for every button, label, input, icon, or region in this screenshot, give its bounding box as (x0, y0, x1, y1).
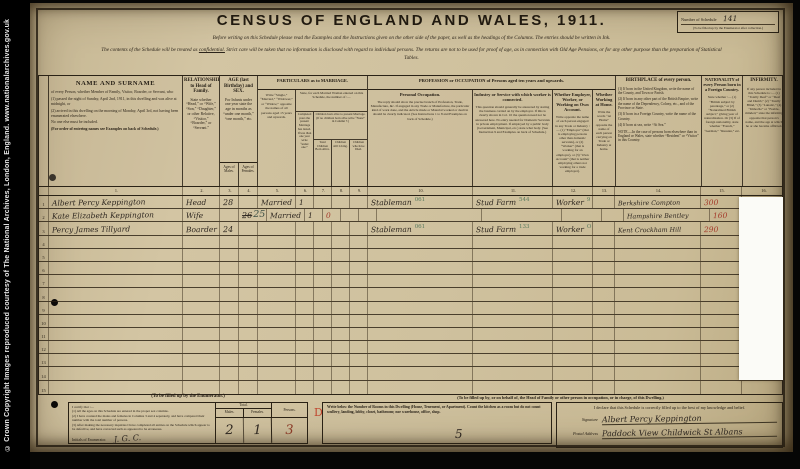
cell-age-female (239, 236, 258, 248)
cell-occupation (368, 288, 473, 300)
table-row: 12 (39, 341, 782, 354)
initials-label: Initials of Enumerator. (72, 438, 106, 443)
cell-name (49, 236, 183, 248)
table-row: 11 (39, 328, 782, 341)
table-row: 14 (39, 367, 782, 380)
cell-years-married (296, 302, 314, 314)
column-number: 4. (239, 187, 258, 195)
cell-marital-status (258, 354, 296, 366)
cell-name: Percy James Tillyard (49, 222, 183, 234)
cell-occupation (368, 381, 473, 394)
cell-occupation (368, 354, 473, 366)
declaration-statement: I declare that this Schedule is correctl… (562, 405, 777, 410)
cell-at-home (593, 381, 615, 394)
header-years-married: Completed years the present Marriage has… (296, 112, 314, 186)
cell-marital-status (258, 381, 296, 394)
header-marital-status: Write “Single,” “Married,” “Widower,” or… (258, 90, 296, 186)
cell-children-living (332, 315, 350, 327)
cell-at-home (593, 196, 615, 208)
cell-marital-status (258, 288, 296, 300)
cell-industry (482, 209, 562, 221)
column-number: 11. (473, 187, 553, 195)
cell-at-home (593, 288, 615, 300)
cell-age-male (220, 328, 239, 340)
cell-name (49, 315, 183, 327)
header-relationship: RELATIONSHIP to Head of Family. State wh… (183, 76, 220, 186)
cell-employment-status (553, 249, 593, 261)
cell-birthplace: Kent Crockham Hill (615, 222, 701, 234)
cell-children-died (350, 236, 368, 248)
cell-occupation (368, 302, 473, 314)
cell-industry: Stud Farm544 (473, 196, 553, 208)
cell-children-died (350, 275, 368, 287)
cell-age-female (239, 302, 258, 314)
cell-children-total (314, 354, 332, 366)
cell-industry (473, 262, 553, 274)
cell-age-male (220, 367, 239, 379)
schedule-number-note: (To be filled up by the Enumerator after… (681, 25, 775, 30)
cell-at-home (593, 262, 615, 274)
cell-children-died (350, 328, 368, 340)
column-number: 16. (742, 187, 784, 195)
rooms-value: 5 (455, 427, 463, 441)
row-number: 3 (39, 222, 49, 234)
cell-children-total (314, 328, 332, 340)
cell-industry (473, 315, 553, 327)
cell-industry (473, 328, 553, 340)
cell-children-total (314, 315, 332, 327)
cell-employment-status (553, 262, 593, 274)
cell-marital-status (258, 315, 296, 327)
cell-children-died (359, 209, 377, 221)
cell-age-female (239, 262, 258, 274)
cert-3: (3) After making the necessary inquiries… (72, 423, 212, 432)
cell-at-home (593, 315, 615, 327)
cell-years-married (296, 262, 314, 274)
header-name: NAME AND SURNAME of every Person, whethe… (49, 76, 183, 186)
column-number: 1. (49, 187, 183, 195)
cell-name (49, 367, 183, 379)
cell-industry (473, 249, 553, 261)
persons-label: Persons. (272, 403, 307, 417)
enumerator-label: (To be filled up by the Enumerator.) (68, 394, 308, 399)
cell-marital-status (258, 222, 296, 234)
cell-years-married (296, 315, 314, 327)
cell-occupation (368, 328, 473, 340)
instruction-2-confidential: confidential. (199, 47, 225, 53)
column-number: 8. (332, 187, 350, 195)
header-marriage-title: PARTICULARS as to MARRIAGE. (258, 76, 367, 90)
cell-years-married (296, 236, 314, 248)
cell-employment-status (553, 341, 593, 353)
row-number: 5 (39, 249, 49, 261)
cell-name (49, 275, 183, 287)
column-number: 7. (314, 187, 332, 195)
cell-children-living (332, 302, 350, 314)
cell-employment-status: Worker9 (553, 196, 593, 208)
cell-birthplace (615, 328, 701, 340)
cell-children-total: 0 (323, 209, 341, 221)
cell-industry (473, 381, 553, 394)
column-number: 3. (220, 187, 239, 195)
row-number: 4 (39, 236, 49, 248)
cell-years-married (296, 288, 314, 300)
header-name-b5: (For order of entering names see Example… (51, 127, 180, 132)
cell-name (49, 341, 183, 353)
header-age-body: For Infants under one year state the age… (220, 96, 257, 124)
cell-relationship (183, 354, 220, 366)
cell-age-male (220, 315, 239, 327)
cell-children-living (341, 209, 359, 221)
header-name-b1: of every Person, whether Member of Famil… (51, 90, 180, 95)
cell-birthplace (615, 367, 701, 379)
header-name-b4: No one else must be included. (51, 120, 180, 125)
cell-birthplace (615, 302, 701, 314)
cell-nationality (701, 249, 742, 261)
cell-nationality: 300 (701, 196, 742, 208)
table-rows: 1Albert Percy KeppingtonHead28Married1St… (38, 196, 783, 395)
header-name-b2: (1) passed the night of Sunday, April 2n… (51, 97, 180, 107)
cell-children-living (332, 341, 350, 353)
cell-children-living (332, 222, 350, 234)
row-number: 1 (39, 196, 49, 208)
cell-children-living (332, 236, 350, 248)
cell-employment-status (553, 302, 593, 314)
cell-age-female (239, 381, 258, 394)
cell-marital-status (258, 367, 296, 379)
rooms-box: Write below the Number of Rooms in this … (322, 402, 552, 444)
cell-relationship (183, 381, 220, 394)
cell-children-total (314, 262, 332, 274)
cell-occupation (377, 209, 482, 221)
cell-industry (473, 341, 553, 353)
cell-industry (473, 302, 553, 314)
cell-occupation (368, 341, 473, 353)
cell-children-living (332, 354, 350, 366)
table-row: 7 (39, 275, 782, 288)
persons-value: 3 (272, 418, 307, 443)
screenshot-root: © Crown Copyright Images reproduced cour… (0, 0, 800, 469)
cell-birthplace (615, 236, 701, 248)
cell-employment-status (553, 275, 593, 287)
cell-occupation (368, 315, 473, 327)
cell-children-living (332, 367, 350, 379)
cell-age-female: 2625 (239, 209, 267, 221)
cell-years-married: 1 (305, 209, 323, 221)
cell-marital-status (258, 249, 296, 261)
header-married-women: State, for each Married Woman entered on… (296, 90, 367, 112)
header-nationality: NATIONALITY of every Person born in a Fo… (702, 76, 743, 186)
schedule-number-value: 141 (723, 14, 737, 23)
column-number: 6. (296, 187, 314, 195)
cell-name: Albert Percy Keppington (49, 196, 183, 208)
row-number: 13 (39, 354, 49, 366)
row-number: 14 (39, 367, 49, 379)
cell-children-total (314, 236, 332, 248)
column-number: 9. (350, 187, 368, 195)
cell-employment-status (553, 236, 593, 248)
table-row: 10 (39, 315, 782, 328)
cell-birthplace (615, 354, 701, 366)
males-label: Males. (216, 409, 244, 417)
instruction-2-post: Strict care will be taken that no inform… (225, 47, 722, 61)
instruction-2-pre: The contents of the Schedule will be tre… (101, 47, 199, 53)
cell-birthplace (615, 381, 701, 394)
cell-age-female (239, 315, 258, 327)
cell-age-female (239, 222, 258, 234)
schedule-number-label: Number of Schedule (681, 17, 717, 22)
cell-at-home (593, 354, 615, 366)
cell-years-married (296, 249, 314, 261)
column-number: 14. (615, 187, 701, 195)
header-children-died: Children who have Died. (350, 140, 367, 186)
cell-children-died (350, 367, 368, 379)
row-number: 7 (39, 275, 49, 287)
cell-nationality (701, 275, 742, 287)
cell-age-female (239, 341, 258, 353)
row-number: 2 (39, 209, 49, 221)
table-header: NAME AND SURNAME of every Person, whethe… (38, 75, 783, 187)
cell-children-total (314, 222, 332, 234)
column-number: 5. (258, 187, 296, 195)
cell-birthplace (615, 315, 701, 327)
cell-relationship (183, 275, 220, 287)
cell-age-male (220, 381, 239, 394)
column-number: 13. (593, 187, 615, 195)
cell-birthplace (615, 262, 701, 274)
cell-children-died (350, 302, 368, 314)
header-birthplace: BIRTHPLACE of every person. (1) If born … (616, 76, 702, 186)
row-number: 11 (39, 328, 49, 340)
cell-industry (473, 367, 553, 379)
cell-occupation: Stableman061 (368, 222, 473, 234)
cell-age-female (239, 275, 258, 287)
cell-birthplace (615, 249, 701, 261)
header-age-males: Ages of Males. (220, 163, 239, 186)
cell-age-male (220, 275, 239, 287)
cell-industry (473, 354, 553, 366)
cell-children-total (314, 288, 332, 300)
cell-nationality (701, 341, 742, 353)
column-number: 10. (368, 187, 473, 195)
header-children-living: Children still Living. (332, 140, 350, 186)
cell-name (49, 381, 183, 394)
cell-nationality (701, 236, 742, 248)
cell-years-married (296, 354, 314, 366)
column-number: 15. (701, 187, 742, 195)
cell-years-married (296, 381, 314, 394)
header-marriage-group: PARTICULARS as to MARRIAGE. Write “Singl… (258, 76, 368, 186)
cell-age-male (220, 354, 239, 366)
males-value: 2 (216, 418, 244, 443)
cell-name (49, 288, 183, 300)
cell-age-male (220, 288, 239, 300)
row-number: 10 (39, 315, 49, 327)
header-relationship-title: RELATIONSHIP to Head of Family. (183, 76, 219, 96)
cell-birthplace: Berkshire Compton (615, 196, 701, 208)
cell-relationship: Boarder (183, 222, 220, 234)
enumerator-initials: J. G. C. (114, 433, 142, 445)
cell-marital-status: Married (267, 209, 305, 221)
row-number: 15 (39, 381, 49, 394)
females-value: 1 (244, 418, 272, 443)
cell-marital-status (258, 236, 296, 248)
cell-age-female (239, 288, 258, 300)
cell-relationship (183, 341, 220, 353)
cert-2: (2) I have counted the males and females… (72, 414, 212, 423)
cell-infirmity (742, 381, 784, 394)
cell-age-male (220, 236, 239, 248)
cell-relationship (183, 288, 220, 300)
cell-age-male: 28 (220, 196, 239, 208)
cell-at-home (593, 341, 615, 353)
cell-age-female (239, 354, 258, 366)
column-numbers-row: 1.2.3.4.5.6.7.8.9.10.11.12.13.14.15.16. (38, 187, 783, 196)
cell-relationship (183, 302, 220, 314)
cell-years-married (296, 367, 314, 379)
instruction-line-2: The contents of the Schedule will be tre… (70, 47, 753, 63)
row-number: 6 (39, 262, 49, 274)
cell-industry: Stud Farm133 (473, 222, 553, 234)
cell-age-male (220, 302, 239, 314)
cell-marital-status (258, 302, 296, 314)
cell-birthplace (615, 275, 701, 287)
cell-children-died (350, 222, 368, 234)
header-name-title: NAME AND SURNAME (49, 76, 182, 88)
header-children: Children born alive to present Marriage.… (314, 112, 367, 140)
cell-marital-status (258, 328, 296, 340)
cell-children-died (350, 249, 368, 261)
cell-name (49, 262, 183, 274)
cell-at-home (593, 275, 615, 287)
cell-marital-status (258, 341, 296, 353)
cell-years-married (296, 341, 314, 353)
cell-relationship (183, 367, 220, 379)
table-row: 13 (39, 354, 782, 367)
header-age-females: Ages of Females. (239, 163, 257, 186)
cell-name: Kate Elizabeth Keppington (49, 209, 183, 221)
cell-children-total (314, 249, 332, 261)
cell-children-living (332, 196, 350, 208)
enumerator-box: I certify that :— (1) All the ages on th… (68, 402, 308, 444)
cell-at-home (593, 367, 615, 379)
cell-children-died (350, 354, 368, 366)
table-row: 15 (39, 381, 782, 394)
totals-table: Total. Males. Females. Persons. 2 1 3 (215, 403, 307, 443)
cell-age-female (239, 196, 258, 208)
cell-at-home (593, 328, 615, 340)
cell-occupation (368, 262, 473, 274)
cell-nationality (701, 381, 742, 394)
cell-nationality (701, 315, 742, 327)
cell-birthplace (615, 341, 701, 353)
census-table: NAME AND SURNAME of every Person, whethe… (38, 75, 783, 395)
table-row: 4 (39, 236, 782, 249)
row-number: 9 (39, 302, 49, 314)
cell-children-living (332, 288, 350, 300)
cell-relationship (183, 249, 220, 261)
cell-at-home (593, 302, 615, 314)
cell-children-total (314, 302, 332, 314)
cell-relationship (183, 315, 220, 327)
cell-children-died (350, 341, 368, 353)
row-number: 12 (39, 341, 49, 353)
cell-nationality (701, 288, 742, 300)
cell-name (49, 354, 183, 366)
cell-children-living (332, 249, 350, 261)
cell-children-died (350, 262, 368, 274)
cell-children-total (314, 381, 332, 394)
address-value: Paddock View Childwick St Albans (602, 427, 777, 439)
cell-industry (473, 288, 553, 300)
cell-employment-status (553, 367, 593, 379)
header-age-title: AGE (last Birthday) and SEX. (220, 76, 257, 96)
cell-age-male (220, 249, 239, 261)
cell-industry (473, 275, 553, 287)
header-age: AGE (last Birthday) and SEX. For Infants… (220, 76, 258, 186)
cell-age-male (220, 262, 239, 274)
cell-marital-status: Married (258, 196, 296, 208)
cell-nationality: 290 (701, 222, 742, 234)
table-row: 6 (39, 262, 782, 275)
row-number: 8 (39, 288, 49, 300)
cell-age-male (220, 209, 239, 221)
cell-relationship (183, 236, 220, 248)
cell-birthplace: Hampshire Bentley (624, 209, 710, 221)
header-infirmity: INFIRMITY. If any person included in thi… (743, 76, 785, 186)
cell-occupation (368, 367, 473, 379)
column-number (39, 187, 49, 195)
cell-employment-status (553, 328, 593, 340)
table-row: 2Kate Elizabeth KeppingtonWife2625Marrie… (39, 209, 782, 222)
cell-relationship (183, 328, 220, 340)
cell-industry (473, 236, 553, 248)
signature-label: Signature (562, 417, 602, 422)
header-row-number-col (39, 76, 49, 186)
header-working-at-home: Whether Working at Home. Write the words… (593, 90, 615, 186)
cell-age-male: 24 (220, 222, 239, 234)
census-document-scan: CENSUS OF ENGLAND AND WALES, 1911. Numbe… (30, 3, 793, 452)
schedule-number-box: Number of Schedule 141 (To be filled up … (677, 11, 779, 33)
cell-years-married (296, 275, 314, 287)
header-occupation-group: PROFESSION or OCCUPATION of Persons aged… (368, 76, 616, 186)
cell-children-living (332, 275, 350, 287)
redaction-overlay (739, 197, 783, 380)
header-occupation-title: PROFESSION or OCCUPATION of Persons aged… (368, 76, 615, 90)
copyright-text: © Crown Copyright Images reproduced cour… (4, 18, 11, 450)
cell-employment-status (562, 209, 602, 221)
cell-nationality (701, 367, 742, 379)
declaration-label: (To be filled up by, or on behalf of, th… (338, 395, 783, 400)
cell-children-died (350, 315, 368, 327)
table-row: 9 (39, 302, 782, 315)
cell-marital-status (258, 262, 296, 274)
cell-occupation (368, 249, 473, 261)
table-row: 1Albert Percy KeppingtonHead28Married1St… (39, 196, 782, 209)
cell-children-total (314, 341, 332, 353)
cell-name (49, 328, 183, 340)
cell-employment-status (553, 315, 593, 327)
cell-age-female (239, 249, 258, 261)
cell-employment-status: WorkerO (553, 222, 593, 234)
header-name-b3: (2) arrived in this dwelling on the morn… (51, 109, 180, 119)
cell-at-home (593, 249, 615, 261)
cell-employment-status (553, 381, 593, 394)
cell-at-home (593, 236, 615, 248)
cell-birthplace (615, 288, 701, 300)
cell-at-home (602, 209, 624, 221)
cell-employment-status (553, 288, 593, 300)
